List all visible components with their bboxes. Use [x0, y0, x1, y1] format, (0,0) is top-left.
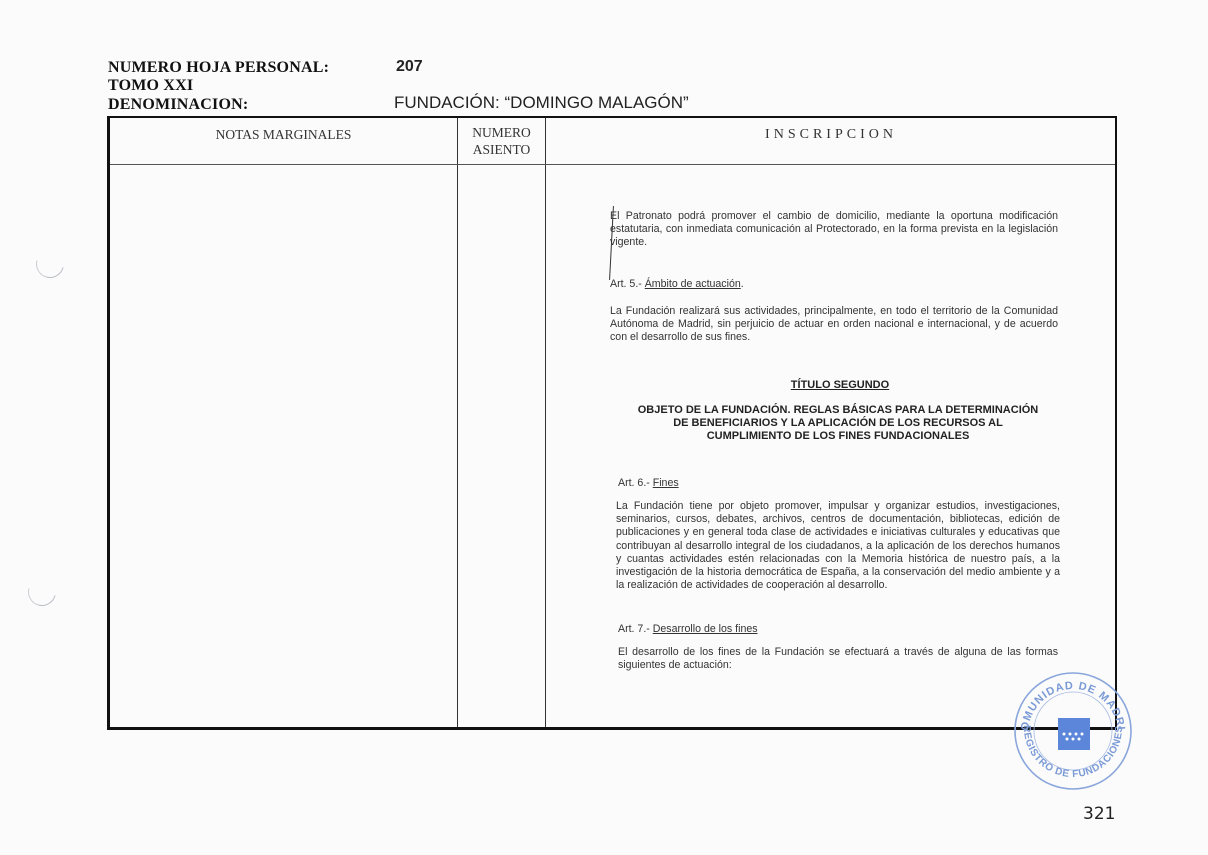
denominacion-value: FUNDACIÓN: “DOMINGO MALAGÓN” [394, 93, 689, 113]
column-header-notas-marginales: NOTAS MARGINALES [110, 118, 457, 164]
desarrollo-text: El desarrollo de los fines de la Fundaci… [618, 646, 1058, 672]
objeto-line-3: CUMPLIMIENTO DE LOS FINES FUNDACIONALES [608, 430, 1068, 443]
numero-hoja-value: 207 [396, 58, 423, 76]
header-row-divider [110, 164, 1115, 165]
art6-heading: Art. 6.- Fines [618, 477, 1066, 490]
numero-hoja-label: NUMERO HOJA PERSONAL: [108, 59, 329, 77]
objeto-heading: OBJETO DE LA FUNDACIÓN. REGLAS BÁSICAS P… [608, 404, 1068, 443]
binder-hole-mark [23, 573, 61, 611]
objeto-line-1: OBJETO DE LA FUNDACIÓN. REGLAS BÁSICAS P… [608, 404, 1068, 417]
art7-prefix: Art. 7.- [618, 623, 653, 635]
binder-hole-mark [31, 245, 69, 283]
art5-paragraph: La Fundación realizará sus actividades, … [610, 305, 1058, 345]
objeto-line-2: DE BENEFICIARIOS Y LA APLICACIÓN DE LOS … [608, 417, 1068, 430]
document-page: NUMERO HOJA PERSONAL: 207 TOMO XXI DENOM… [0, 0, 1208, 855]
column-divider [457, 118, 458, 727]
tomo-label: TOMO XXI [108, 77, 193, 95]
art7-heading: Art. 7.- Desarrollo de los fines [618, 623, 1066, 636]
art5-suffix: . [741, 278, 744, 290]
denominacion-label: DENOMINACION: [108, 96, 248, 114]
art7-title: Desarrollo de los fines [653, 623, 758, 635]
art6-prefix: Art. 6.- [618, 477, 653, 489]
art7-paragraph: El desarrollo de los fines de la Fundaci… [618, 646, 1058, 672]
inscripcion-domicilio-paragraph: El Patronato podrá promover el cambio de… [610, 210, 1058, 250]
titulo-segundo-heading: TÍTULO SEGUNDO [600, 379, 1080, 391]
ambito-text: La Fundación realizará sus actividades, … [610, 305, 1058, 345]
column-header-inscripcion: INSCRIPCION [546, 118, 1116, 164]
art5-prefix: Art. 5.- [610, 278, 645, 290]
column-header-numero-line1: NUMERO [472, 124, 531, 141]
art6-title: Fines [653, 477, 679, 489]
registro-fundaciones-stamp: COMUNIDAD DE MADRID REGISTRO DE FUNDACIO… [1010, 668, 1136, 794]
art5-title: Ámbito de actuación [645, 278, 741, 290]
column-header-numero-line2: ASIENTO [473, 141, 531, 158]
column-header-numero-asiento: NUMERO ASIENTO [458, 118, 545, 164]
fines-text: La Fundación tiene por objeto promover, … [616, 500, 1060, 592]
art6-paragraph: La Fundación tiene por objeto promover, … [616, 500, 1060, 592]
art5-heading: Art. 5.- Ámbito de actuación. [610, 278, 1058, 291]
domicilio-text: El Patronato podrá promover el cambio de… [610, 210, 1058, 250]
column-divider [545, 118, 546, 727]
page-number: 321 [1083, 804, 1115, 824]
